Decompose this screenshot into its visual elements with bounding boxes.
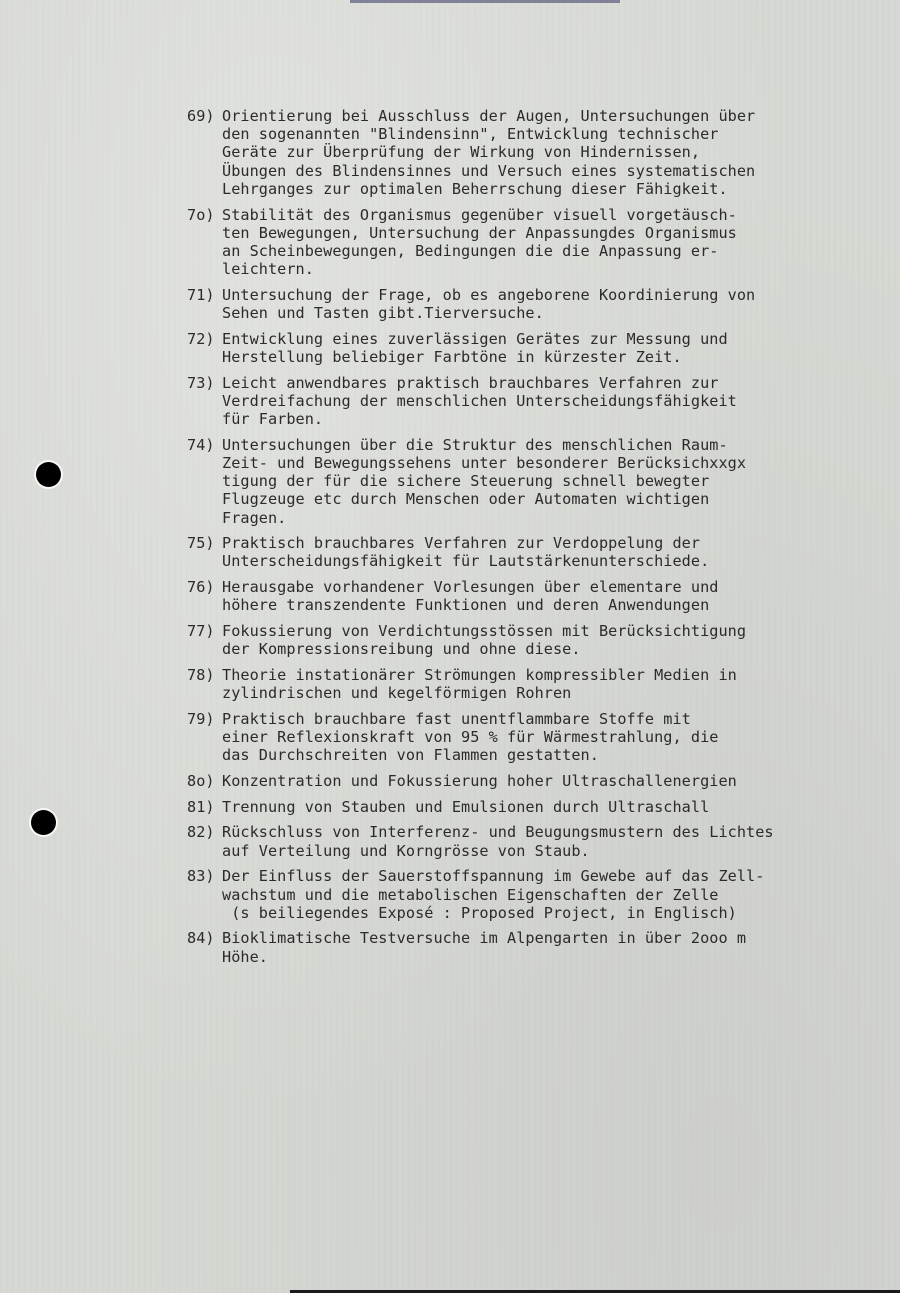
- punch-hole-top: [36, 462, 61, 487]
- item-text-line: Zeit- und Bewegungssehens unter besonder…: [222, 454, 900, 472]
- list-item: 84)Bioklimatische Testversuche im Alpeng…: [187, 929, 900, 965]
- item-text-line: Flugzeuge etc durch Menschen oder Automa…: [222, 490, 900, 508]
- item-text-line: wachstum und die metabolischen Eigenscha…: [222, 886, 900, 904]
- list-item: 7o)Stabilität des Organismus gegenüber v…: [187, 206, 900, 279]
- item-text-line: Der Einfluss der Sauerstoffspannung im G…: [222, 867, 900, 885]
- item-text-line: tigung der für die sichere Steuerung sch…: [222, 472, 900, 490]
- item-number: 81): [187, 798, 222, 816]
- item-text-line: Theorie instationärer Strömungen kompres…: [222, 666, 900, 684]
- list-item: 71)Untersuchung der Frage, ob es angebor…: [187, 286, 900, 322]
- list-item: 82)Rückschluss von Interferenz- und Beug…: [187, 823, 900, 859]
- item-text-line: Bioklimatische Testversuche im Alpengart…: [222, 929, 900, 947]
- item-number: 84): [187, 929, 222, 947]
- item-text-line: Rückschluss von Interferenz- und Beugung…: [222, 823, 900, 841]
- item-text-line: den sogenannten "Blindensinn", Entwicklu…: [222, 125, 900, 143]
- list-item: 79)Praktisch brauchbare fast unentflammb…: [187, 710, 900, 765]
- item-text-line: Leicht anwendbares praktisch brauchbares…: [222, 374, 900, 392]
- list-item: 83)Der Einfluss der Sauerstoffspannung i…: [187, 867, 900, 922]
- list-item: 73)Leicht anwendbares praktisch brauchba…: [187, 374, 900, 429]
- list-item: 72)Entwicklung eines zuverlässigen Gerät…: [187, 330, 900, 366]
- item-number: 73): [187, 374, 222, 392]
- item-number: 78): [187, 666, 222, 684]
- item-text-line: der Kompressionsreibung und ohne diese.: [222, 640, 900, 658]
- item-text-line: höhere transzendente Funktionen und dere…: [222, 596, 900, 614]
- item-text-line: Praktisch brauchbare fast unentflammbare…: [222, 710, 900, 728]
- item-text-line: Sehen und Tasten gibt.Tierversuche.: [222, 304, 900, 322]
- item-text-line: Übungen des Blindensinnes und Versuch ei…: [222, 162, 900, 180]
- item-number: 71): [187, 286, 222, 304]
- item-text-line: Fokussierung von Verdichtungsstössen mit…: [222, 622, 900, 640]
- item-text-line: das Durchschreiten von Flammen gestatten…: [222, 746, 900, 764]
- item-number: 82): [187, 823, 222, 841]
- item-text-line: Konzentration und Fokussierung hoher Ult…: [222, 772, 900, 790]
- item-text-line: Praktisch brauchbares Verfahren zur Verd…: [222, 534, 900, 552]
- list-item: 76)Herausgabe vorhandener Vorlesungen üb…: [187, 578, 900, 614]
- item-text-line: Stabilität des Organismus gegenüber visu…: [222, 206, 900, 224]
- punch-hole-bottom: [31, 810, 56, 835]
- item-number: 77): [187, 622, 222, 640]
- scan-edge-top: [350, 0, 620, 3]
- item-text-line: auf Verteilung und Korngrösse von Staub.: [222, 842, 900, 860]
- item-text-line: Lehrganges zur optimalen Beherrschung di…: [222, 180, 900, 198]
- item-text-line: Untersuchung der Frage, ob es angeborene…: [222, 286, 900, 304]
- list-item: 78)Theorie instationärer Strömungen komp…: [187, 666, 900, 702]
- item-number: 8o): [187, 772, 222, 790]
- document-page: 69)Orientierung bei Ausschluss der Augen…: [0, 0, 900, 1293]
- item-text-line: Fragen.: [222, 509, 900, 527]
- item-text-line: ten Bewegungen, Untersuchung der Anpassu…: [222, 224, 900, 242]
- list-item: 81)Trennung von Stauben und Emulsionen d…: [187, 798, 900, 816]
- item-text-line: Höhe.: [222, 948, 900, 966]
- item-number: 7o): [187, 206, 222, 224]
- list-item: 69)Orientierung bei Ausschluss der Augen…: [187, 107, 900, 198]
- item-number: 74): [187, 436, 222, 454]
- list-item: 74)Untersuchungen über die Struktur des …: [187, 436, 900, 527]
- item-number: 83): [187, 867, 222, 885]
- item-text-line: zylindrischen und kegelförmigen Rohren: [222, 684, 900, 702]
- item-text-line: Verdreifachung der menschlichen Untersch…: [222, 392, 900, 410]
- item-text-line: an Scheinbewegungen, Bedingungen die die…: [222, 242, 900, 260]
- item-text-line: Orientierung bei Ausschluss der Augen, U…: [222, 107, 900, 125]
- item-text-line: Trennung von Stauben und Emulsionen durc…: [222, 798, 900, 816]
- item-text-line: für Farben.: [222, 410, 900, 428]
- item-text-line: Geräte zur Überprüfung der Wirkung von H…: [222, 143, 900, 161]
- item-number: 72): [187, 330, 222, 348]
- item-text-line: leichtern.: [222, 260, 900, 278]
- item-number: 79): [187, 710, 222, 728]
- list-item: 75)Praktisch brauchbares Verfahren zur V…: [187, 534, 900, 570]
- item-text-line: Unterscheidungsfähigkeit für Lautstärken…: [222, 552, 900, 570]
- numbered-project-list: 69)Orientierung bei Ausschluss der Augen…: [187, 107, 900, 973]
- item-text-line: (s beiliegendes Exposé : Proposed Projec…: [222, 904, 900, 922]
- item-text-line: einer Reflexionskraft von 95 % für Wärme…: [222, 728, 900, 746]
- item-text-line: Herausgabe vorhandener Vorlesungen über …: [222, 578, 900, 596]
- item-text-line: Untersuchungen über die Struktur des men…: [222, 436, 900, 454]
- list-item: 77)Fokussierung von Verdichtungsstössen …: [187, 622, 900, 658]
- item-text-line: Herstellung beliebiger Farbtöne in kürze…: [222, 348, 900, 366]
- item-number: 76): [187, 578, 222, 596]
- item-text-line: Entwicklung eines zuverlässigen Gerätes …: [222, 330, 900, 348]
- item-number: 75): [187, 534, 222, 552]
- list-item: 8o)Konzentration und Fokussierung hoher …: [187, 772, 900, 790]
- item-number: 69): [187, 107, 222, 125]
